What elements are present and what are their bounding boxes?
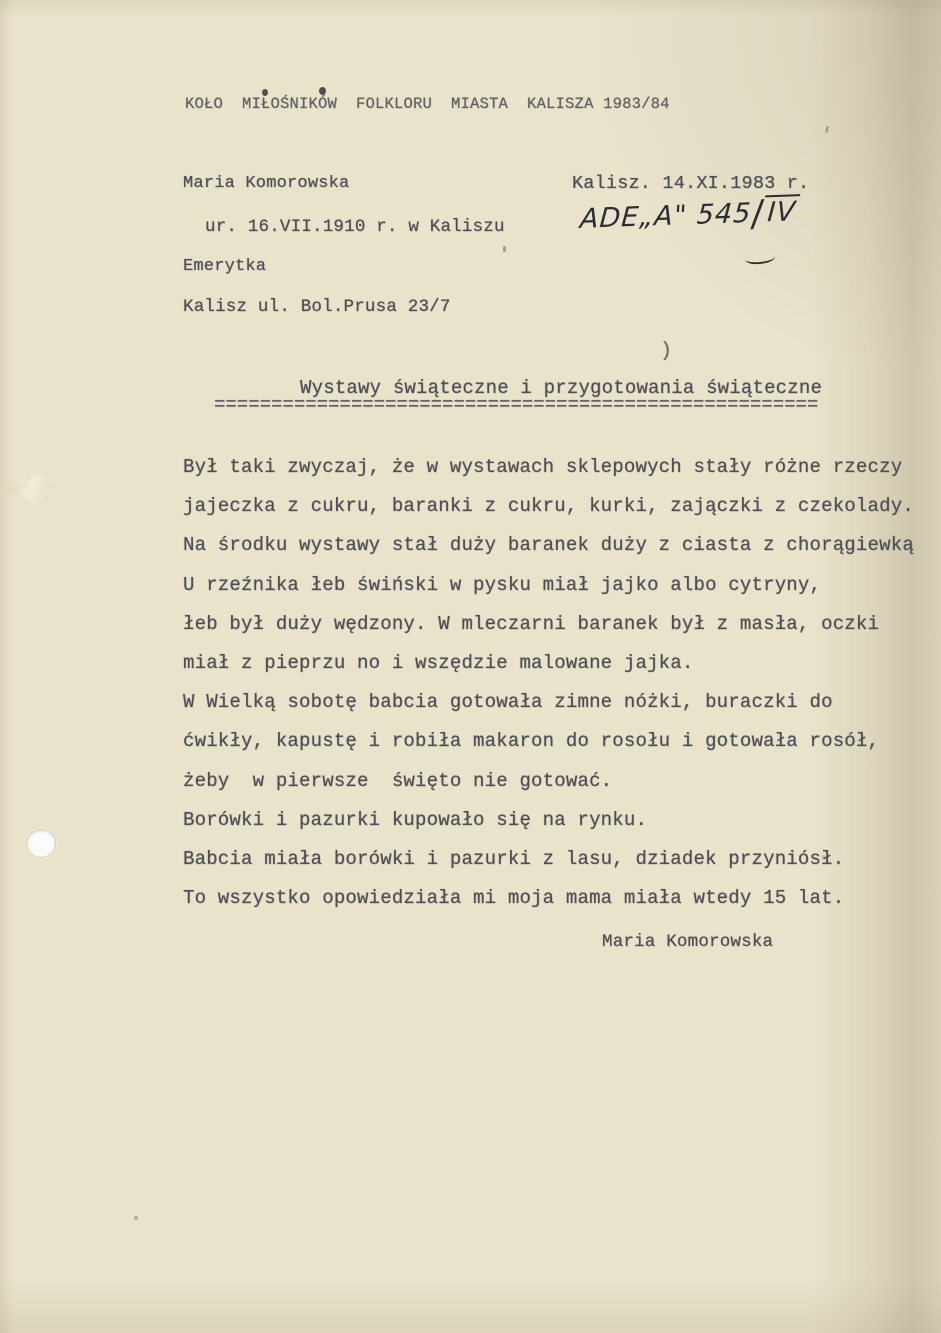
- paper-tear: [6, 474, 58, 508]
- author-address: Kalisz ul. Bol.Prusa 23/7: [183, 297, 451, 317]
- stray-mark: ): [660, 340, 672, 363]
- ink-speck: [319, 87, 326, 95]
- archival-annotation: ADE„A" 545/IV: [579, 192, 801, 241]
- dateline: Kalisz. 14.XI.1983 r.: [572, 173, 809, 194]
- ink-speck: [825, 126, 828, 133]
- author-name: Maria Komorowska: [183, 174, 349, 193]
- paper-speck: [822, 855, 825, 860]
- document-page: KOŁO MIŁOŚNIKÓW FOLKLORU MIASTA KALISZA …: [0, 0, 941, 1333]
- ink-speck: [503, 246, 506, 252]
- signature: Maria Komorowska: [602, 932, 773, 952]
- body-text: Był taki zwyczaj, że w wystawach sklepow…: [183, 448, 941, 918]
- annotation-roman-numeral: IV: [763, 194, 800, 229]
- ink-speck: [262, 89, 268, 96]
- annotation-prefix: ADE„A" 545: [579, 198, 752, 235]
- punch-hole: [26, 829, 56, 858]
- author-birthdate: ur. 16.VII.1910 r. w Kaliszu: [205, 217, 505, 237]
- document-header: KOŁO MIŁOŚNIKÓW FOLKLORU MIASTA KALISZA …: [185, 95, 670, 113]
- annotation-underline-curve: [744, 250, 775, 265]
- paper-speck: [134, 1216, 138, 1220]
- title-underline: ========================================…: [214, 394, 818, 416]
- author-occupation: Emerytka: [183, 257, 266, 276]
